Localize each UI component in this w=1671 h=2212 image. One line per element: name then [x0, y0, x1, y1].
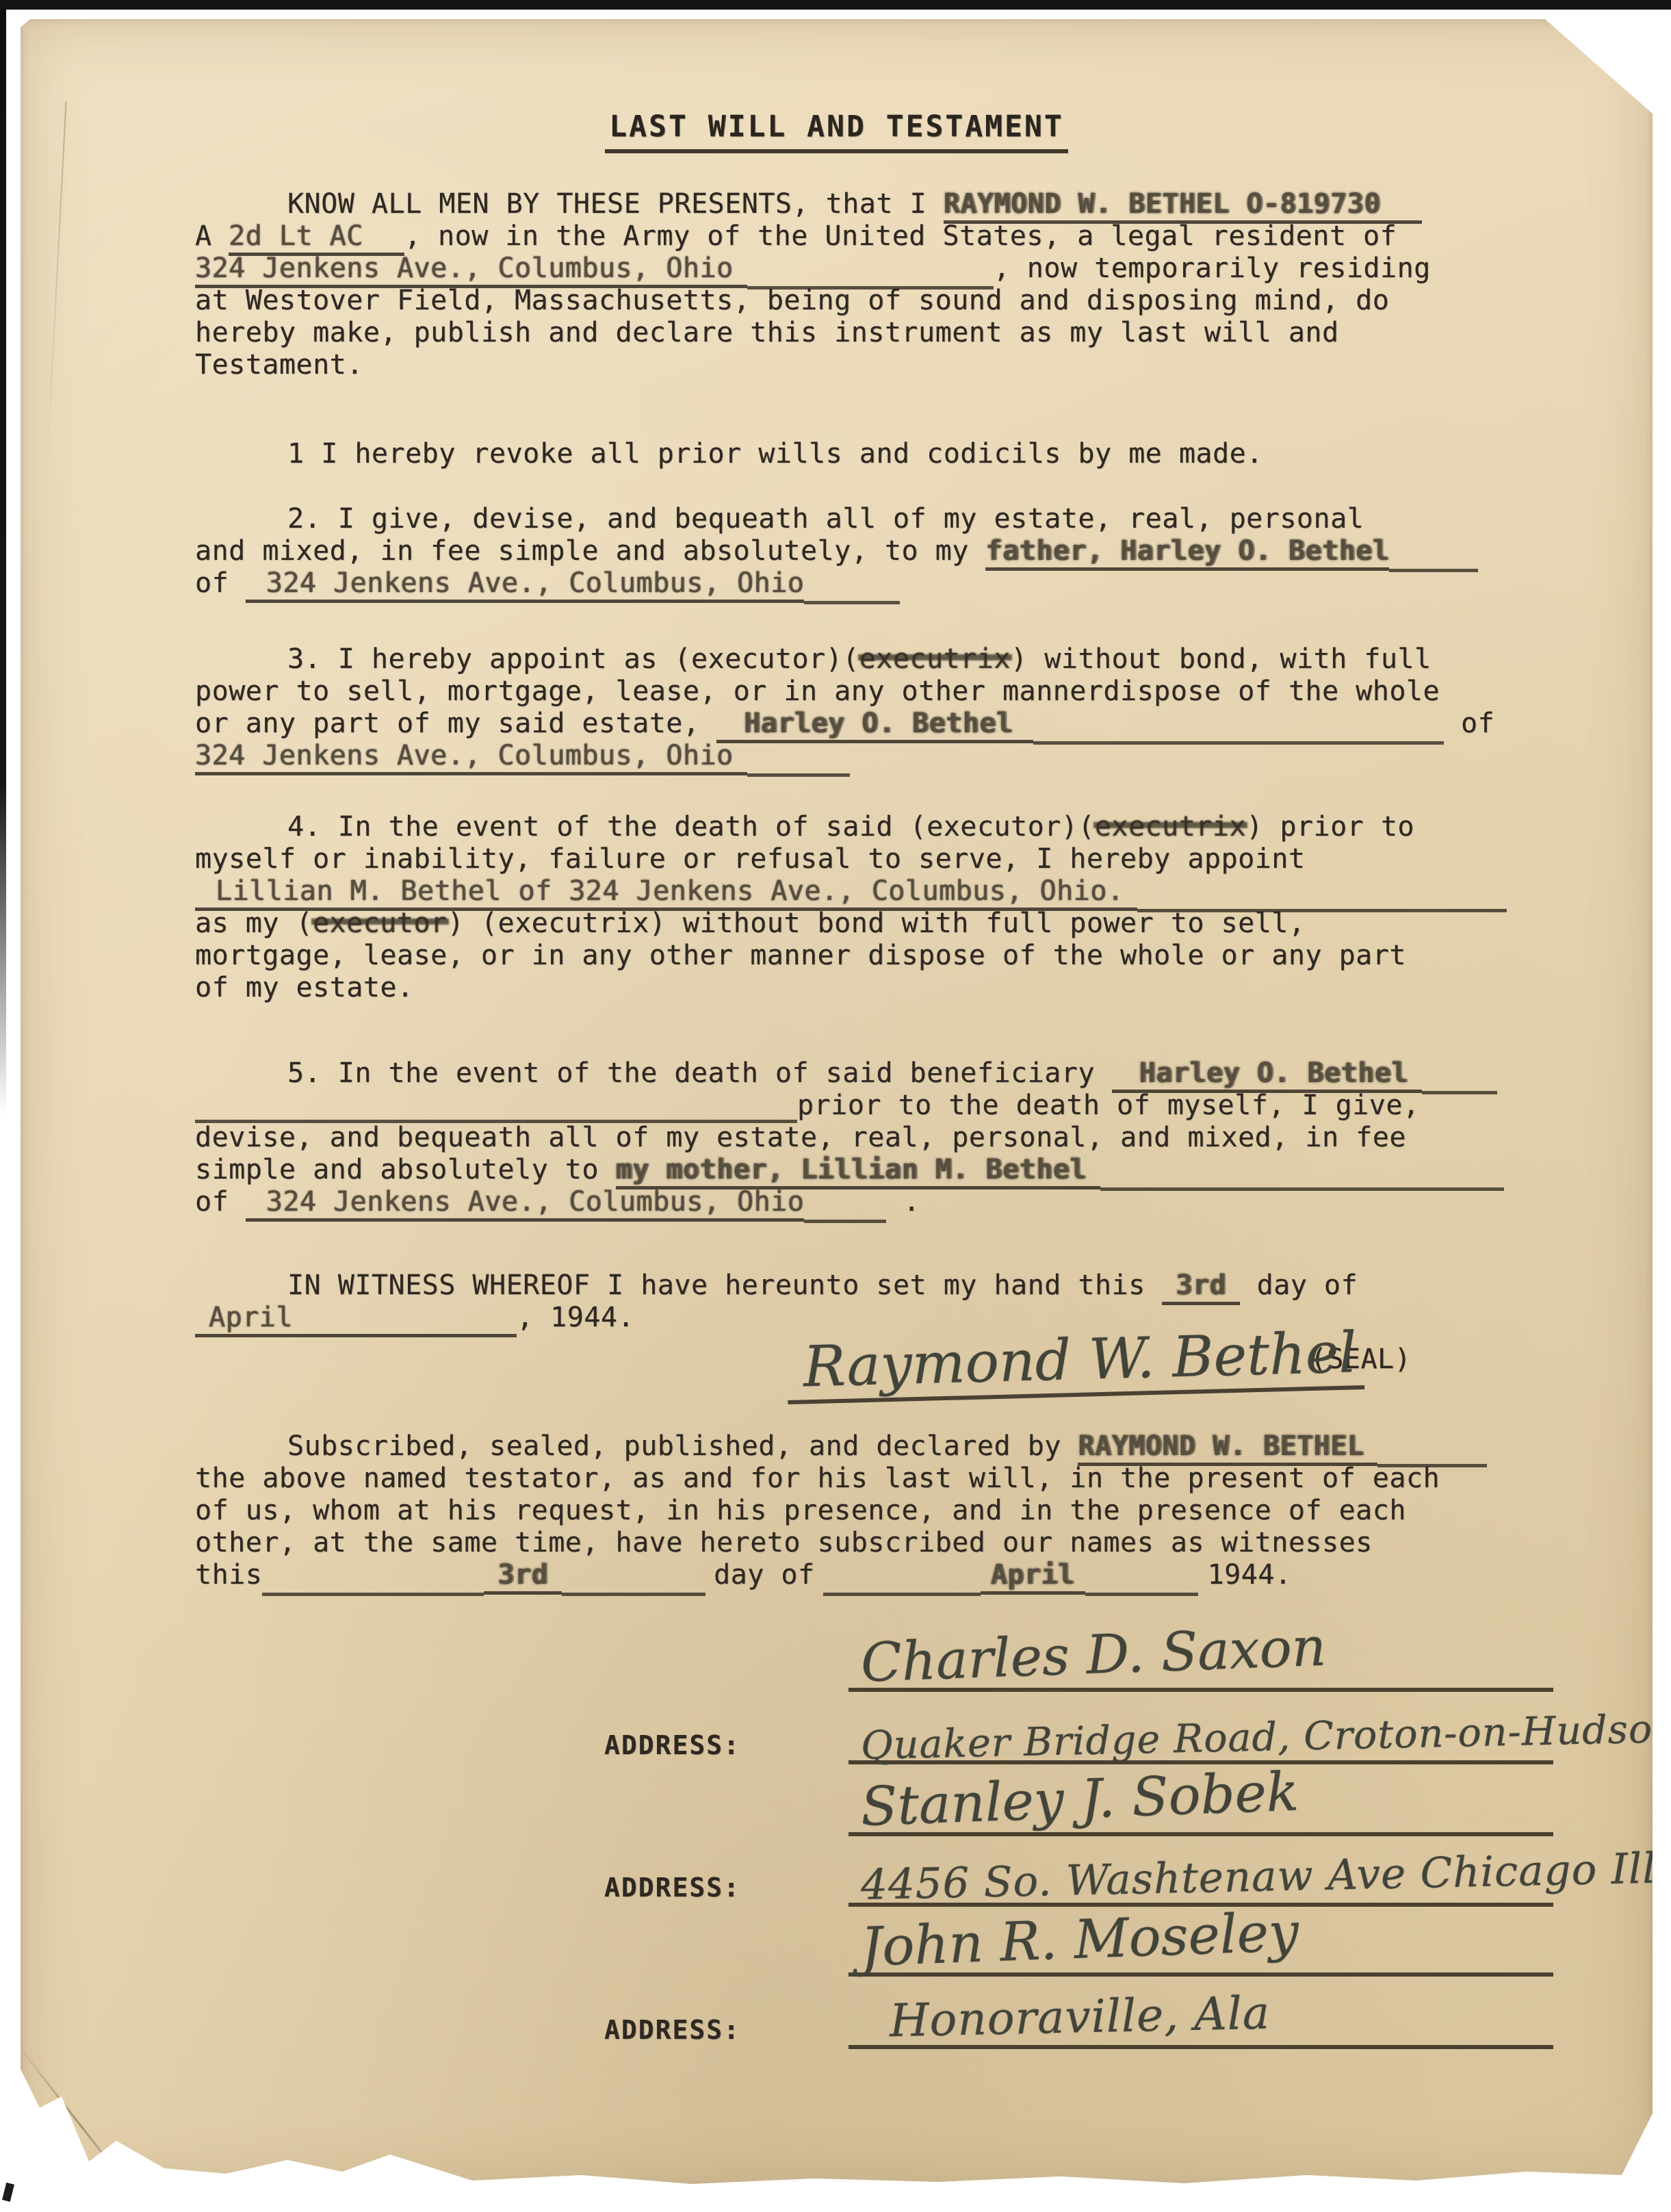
blank-rule	[1085, 1569, 1198, 1596]
clause-3-line-1: 3. I hereby appoint as (executor)(execut…	[195, 643, 1494, 676]
struck-executrix-2: executrix	[1095, 811, 1246, 843]
opening-l2-pre: A	[195, 220, 229, 252]
clause-3-line-3: or any part of my said estate, Harley O.…	[195, 708, 1494, 740]
attestation-line-5: this3rdday ofApril1944.	[195, 1559, 1487, 1591]
struck-executor: executor	[313, 908, 448, 939]
witness-l2-post: , 1944.	[517, 1302, 634, 1333]
beneficiary-father-fill: father, Harley O. Bethel	[985, 535, 1389, 571]
witness-2-signature-line: Stanley J. Sobek	[849, 1769, 1553, 1836]
clause-5-l5-post: .	[886, 1186, 920, 1218]
attestation-paragraph: Subscribed, sealed, published, and decla…	[195, 1430, 1487, 1591]
alternate-executor-fill: Lillian M. Bethel of 324 Jenkens Ave., C…	[195, 875, 1137, 911]
witness-2-address-script: 4456 So. Washtenaw Ave Chicago Ill	[848, 1844, 1657, 1912]
address-label-2: ADDRESS:	[604, 1873, 740, 1903]
clause-5-line-4: simple and absolutely to my mother, Lill…	[195, 1154, 1504, 1186]
month-fill: April	[195, 1302, 517, 1337]
witness-3-address-row: ADDRESS: Honoraville, Ala	[21, 1975, 1653, 2049]
opening-line-4: at Westover Field, Massachusetts, being …	[195, 285, 1431, 317]
attestation-dayof: day of	[705, 1559, 815, 1591]
clause-5-line-5: of 324 Jenkens Ave., Columbus, Ohio .	[195, 1186, 1504, 1218]
testator-signature-script: Raymond W. Bethel	[786, 1320, 1364, 1404]
opening-line-1: KNOW ALL MEN BY THESE PRESENTS, that I R…	[195, 188, 1431, 220]
clause-3-l3-pre: or any part of my said estate,	[195, 708, 716, 739]
blank-rule	[1389, 545, 1478, 572]
attestation-line-4: other, at the same time, have hereto sub…	[195, 1527, 1487, 1559]
witness-2-address-line: 4456 So. Washtenaw Ave Chicago Ill	[849, 1853, 1553, 1907]
opening-line-5: hereby make, publish and declare this in…	[195, 317, 1431, 349]
witness-1-signature-script: Charles D. Saxon	[848, 1617, 1327, 1696]
mother-address-fill: 324 Jenkens Ave., Columbus, Ohio	[246, 1186, 805, 1222]
blank-rule	[1033, 717, 1444, 745]
attestation-day-fill: 3rd	[484, 1559, 562, 1595]
paper-crease-bottom-left	[16, 2044, 144, 2207]
clause-2-l2-pre: and mixed, in fee simple and absolutely,…	[195, 535, 985, 567]
witness-3-address-line: Honoraville, Ala	[849, 1991, 1553, 2049]
attestation-line-1: Subscribed, sealed, published, and decla…	[195, 1430, 1487, 1463]
blank-rule	[823, 1569, 981, 1596]
witness-1-address-script: Quaker Bridge Road, Croton-on-Hudson, N.…	[848, 1704, 1671, 1771]
clause-4-line-2: myself or inability, failure or refusal …	[195, 843, 1507, 875]
clause-4-line-1: 4. In the event of the death of said (ex…	[195, 811, 1507, 843]
clause-3-line-4: 324 Jenkens Ave., Columbus, Ohio	[195, 740, 1494, 772]
clause-2-l3-pre: of	[195, 567, 246, 599]
witness-3-signature-line: John R. Moseley	[849, 1909, 1553, 1977]
witness-3-signature-row: John R. Moseley	[21, 1903, 1653, 1977]
clause-4-l4-pre: as my (	[195, 908, 313, 939]
witness-1-address-line: Quaker Bridge Road, Croton-on-Hudson, N.…	[849, 1714, 1553, 1764]
witness-1-signature-row: Charles D. Saxon	[21, 1615, 1653, 1692]
witness-clause-line-1: IN WITNESS WHEREOF I have hereunto set m…	[195, 1270, 1358, 1302]
witness-2-address-row: ADDRESS: 4456 So. Washtenaw Ave Chicago …	[21, 1833, 1653, 1907]
testator-name-fill: RAYMOND W. BETHEL	[1078, 1430, 1377, 1466]
attestation-l1-pre: Subscribed, sealed, published, and decla…	[287, 1430, 1078, 1462]
blank-rule	[747, 749, 850, 777]
residence-fill: 324 Jenkens Ave., Columbus, Ohio	[195, 253, 747, 288]
opening-l1-text: KNOW ALL MEN BY THESE PRESENTS, that I	[287, 188, 944, 220]
clause-2-line-2: and mixed, in fee simple and absolutely,…	[195, 535, 1478, 567]
father-address-fill: 324 Jenkens Ave., Columbus, Ohio	[246, 567, 805, 603]
witness-l1-pre: IN WITNESS WHEREOF I have hereunto set m…	[287, 1270, 1162, 1301]
clause-3-line-2: power to sell, mortgage, lease, or in an…	[195, 676, 1494, 708]
clause-4-line-3: Lillian M. Bethel of 324 Jenkens Ave., C…	[195, 875, 1507, 908]
clause-3: 3. I hereby appoint as (executor)(execut…	[195, 643, 1494, 772]
opening-paragraph: KNOW ALL MEN BY THESE PRESENTS, that I R…	[195, 188, 1431, 381]
clause-2-line-3: of 324 Jenkens Ave., Columbus, Ohio	[195, 567, 1478, 600]
opening-l2-post: , now in the Army of the United States, …	[404, 220, 1397, 252]
testator-name-serial-fill: RAYMOND W. BETHEL O-819730	[944, 188, 1422, 224]
witness-2-signature-row: Stanley J. Sobek	[21, 1762, 1653, 1836]
mother-name-fill: my mother, Lillian M. Bethel	[616, 1154, 1100, 1189]
struck-executrix: executrix	[859, 643, 1011, 675]
clause-5-l4-pre: simple and absolutely to	[195, 1154, 616, 1185]
clause-5-l1-pre: 5. In the event of the death of said ben…	[287, 1057, 1112, 1089]
blank-rule	[1422, 1067, 1497, 1094]
clause-5-l5-pre: of	[195, 1186, 246, 1218]
witness-3-address-script: Honoraville, Ala	[848, 1987, 1271, 2050]
will-document-page: LAST WILL AND TESTAMENT KNOW ALL MEN BY …	[21, 19, 1653, 2189]
address-label-1: ADDRESS:	[604, 1730, 740, 1760]
executor-address-fill: 324 Jenkens Ave., Columbus, Ohio	[195, 740, 747, 775]
beneficiary-name-fill: Harley O. Bethel	[1112, 1057, 1422, 1093]
document-title-row: LAST WILL AND TESTAMENT	[21, 110, 1653, 153]
clause-3-l3-post: of	[1444, 708, 1494, 739]
clause-5-line-3: devise, and bequeath all of my estate, r…	[195, 1122, 1504, 1154]
blank-rule	[804, 577, 900, 604]
clause-1: 1 I hereby revoke all prior wills and co…	[195, 438, 1263, 470]
attestation-month-fill: April	[981, 1559, 1085, 1595]
witness-1-address-row: ADDRESS: Quaker Bridge Road, Croton-on-H…	[21, 1693, 1653, 1764]
clause-4-line-4: as my (executor) (executrix) without bon…	[195, 908, 1507, 940]
attestation-this: this	[195, 1559, 262, 1591]
clause-4-line-6: of my estate.	[195, 972, 1507, 1004]
clause-4-l4-post: ) (executrix) without bond with full pow…	[448, 908, 1306, 939]
attestation-year: 1944.	[1198, 1559, 1292, 1591]
attestation-line-2: the above named testator, as and for his…	[195, 1463, 1487, 1495]
scanner-edge-left	[0, 7, 6, 1116]
page-title: LAST WILL AND TESTAMENT	[605, 110, 1067, 153]
clause-3-l1-post: ) without bond, with full	[1011, 643, 1432, 675]
opening-line-6: Testament.	[195, 349, 1431, 381]
clause-4-l1-pre: 4. In the event of the death of said (ex…	[287, 811, 1095, 843]
rank-fill: 2d Lt AC	[229, 220, 404, 256]
clause-2-line-1: 2. I give, devise, and bequeath all of m…	[195, 503, 1478, 535]
scanner-edge-top	[0, 0, 1671, 10]
clause-5: 5. In the event of the death of said ben…	[195, 1057, 1504, 1218]
clause-2: 2. I give, devise, and bequeath all of m…	[195, 503, 1478, 600]
clause-4-l1-post: ) prior to	[1246, 811, 1414, 843]
blank-rule	[1100, 1163, 1504, 1191]
opening-line-2: A 2d Lt AC, now in the Army of the Unite…	[195, 220, 1431, 253]
clause-5-line-2: prior to the death of myself, I give,	[195, 1090, 1504, 1122]
blank-rule	[262, 1569, 484, 1596]
witness-l1-post: day of	[1240, 1270, 1358, 1301]
clause-1-line: 1 I hereby revoke all prior wills and co…	[195, 438, 1263, 470]
address-label-3: ADDRESS:	[604, 2015, 740, 2045]
witness-1-signature-line: Charles D. Saxon	[849, 1625, 1553, 1692]
blank-rule	[804, 1196, 886, 1223]
opening-line-3: 324 Jenkens Ave., Columbus, Ohio, now te…	[195, 253, 1431, 285]
opening-l3-post: , now temporarily residing	[994, 253, 1431, 284]
paper-crease-top-left	[47, 101, 66, 456]
blank-rule	[195, 1096, 797, 1123]
blank-rule	[562, 1569, 705, 1596]
clause-4: 4. In the event of the death of said (ex…	[195, 811, 1507, 1004]
testator-signature-row: Raymond W. Bethel(SEAL)	[787, 1328, 1411, 1397]
clause-4-line-5: mortgage, lease, or in any other manner …	[195, 940, 1507, 972]
scanner-speck	[2, 2183, 14, 2202]
executor-name-fill: Harley O. Bethel	[716, 708, 1033, 743]
witness-2-signature-script: Stanley J. Sobek	[848, 1762, 1300, 1840]
day-fill: 3rd	[1162, 1270, 1240, 1305]
attestation-line-3: of us, whom at his request, in his prese…	[195, 1495, 1487, 1527]
clause-3-l1-pre: 3. I hereby appoint as (executor)(	[287, 643, 859, 675]
witness-3-signature-script: John R. Moseley	[848, 1902, 1300, 1981]
clause-5-line-1: 5. In the event of the death of said ben…	[195, 1057, 1504, 1090]
clause-5-l2-post: prior to the death of myself, I give,	[797, 1090, 1420, 1121]
